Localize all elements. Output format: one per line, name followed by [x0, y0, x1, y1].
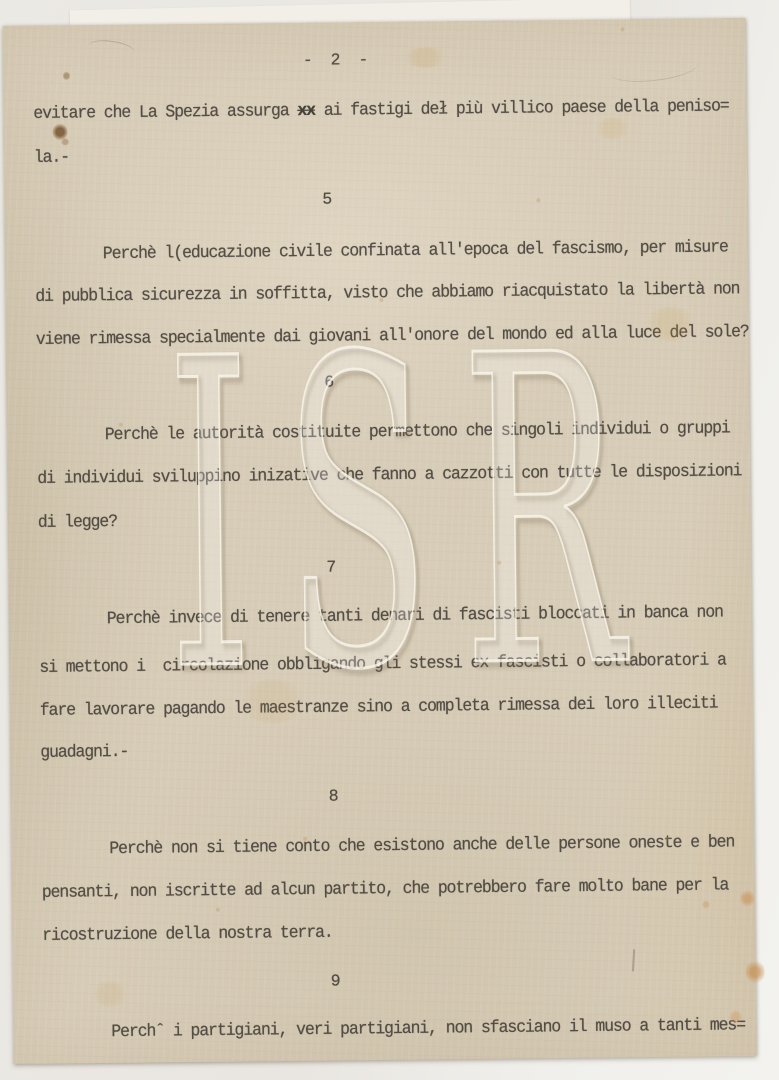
typed-line: la.- [34, 147, 69, 169]
typed-text: ai fastigi deł più villico paese della p… [315, 96, 729, 121]
age-stain [93, 981, 127, 1007]
age-freckle [536, 198, 540, 202]
section-number: 5 [322, 190, 331, 210]
typed-text: evitare che La Spezia assurga [33, 100, 297, 123]
ink-blot-stain [52, 123, 67, 140]
pencil-scratch [88, 38, 136, 61]
typed-line: Perchè non si tiene conto che esistono a… [109, 832, 734, 860]
section-number: 7 [326, 557, 335, 577]
document-page: - 2 - evitare che La Spezia assurga xx a… [2, 18, 756, 1064]
typed-line: pensanti, non iscritte ad alcun partito,… [42, 875, 729, 904]
typed-line: Perchè invece di tenere tanti denari di … [107, 602, 723, 630]
section-number: 9 [331, 971, 340, 991]
age-stain [403, 47, 447, 67]
typed-line: di individui sviluppino inizative che fa… [37, 460, 741, 489]
typed-line: guadagni.- [40, 741, 128, 763]
scan-background: { "page": { "number_label": "- 2 -", "wa… [0, 0, 779, 1080]
pencil-scratch [608, 50, 700, 86]
typed-line: fare lavorare pagando le maestranze sino… [40, 693, 718, 722]
rust-stain [740, 890, 755, 907]
ink-blot-stain [63, 71, 70, 80]
section-number: 6 [324, 372, 333, 392]
typed-line: Perchè l(educazione civile confinata all… [103, 237, 728, 265]
age-freckle [620, 27, 624, 31]
struck-out-text: xx [297, 100, 315, 120]
ink-blot-stain [61, 138, 70, 145]
age-freckle [216, 908, 220, 912]
section-number: 8 [329, 786, 338, 806]
typed-line: ricostruzione della nostra terra. [42, 922, 333, 946]
age-stain [595, 117, 629, 139]
typed-line: evitare che La Spezia assurga xx ai fast… [33, 96, 729, 125]
typed-line: Perchˆ i partigiani, veri partigiani, no… [111, 1014, 745, 1042]
rust-stain [746, 960, 765, 984]
typed-line: viene rimessa specialmente dai giovani a… [36, 321, 749, 350]
age-freckle [497, 561, 501, 565]
typed-line: di pubblica sicurezza in soffitta, visto… [35, 278, 739, 307]
rust-stain [702, 900, 710, 908]
pencil-mark [632, 949, 635, 971]
typed-line: di legge? [38, 511, 117, 533]
typed-line: Perchè le autorità costituite permettono… [105, 418, 730, 446]
typed-line: si mettono i circolazione obbligando gli… [39, 650, 726, 679]
page-number: - 2 - [303, 50, 373, 70]
